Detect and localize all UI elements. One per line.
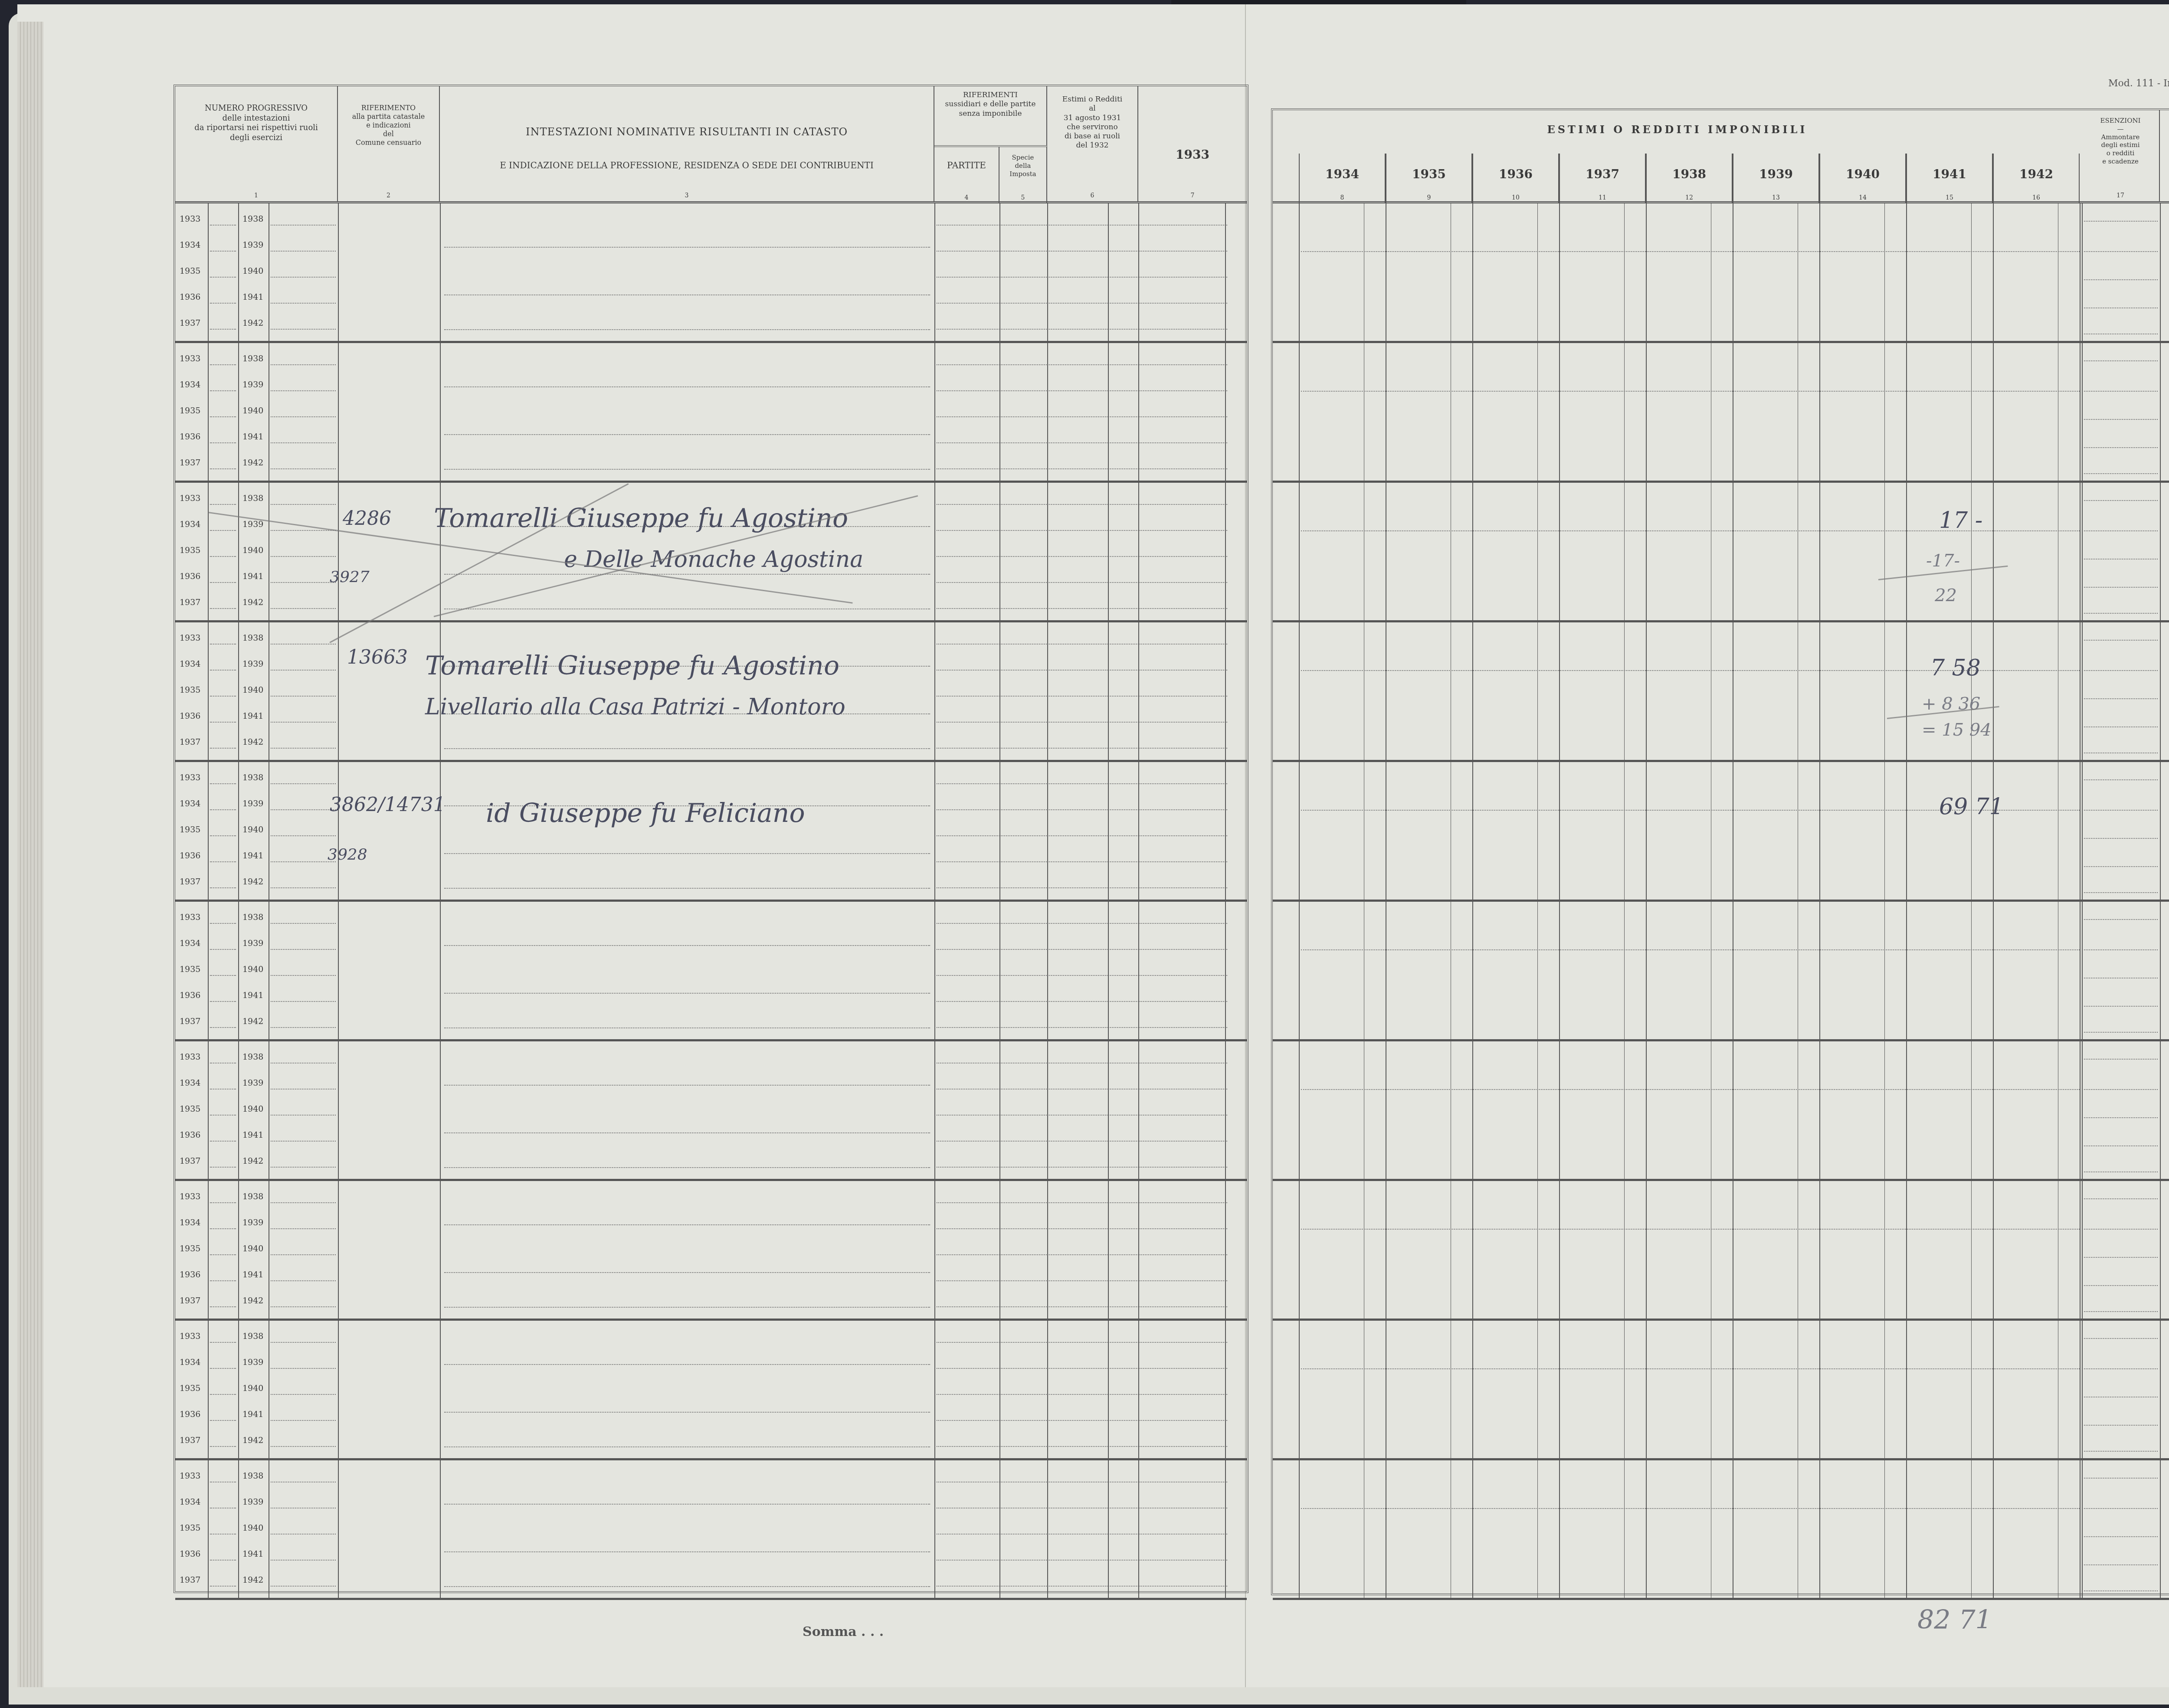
dotted-rule	[271, 644, 336, 645]
col2-line: del	[341, 130, 436, 138]
dotted-rule	[1301, 1508, 2080, 1509]
column-rule	[1906, 902, 1907, 1039]
column-rule	[1225, 203, 1226, 341]
dotted-rule	[2084, 308, 2158, 308]
column-rule	[1472, 902, 1473, 1039]
column-rule	[934, 902, 935, 1039]
column-rule	[1138, 203, 1139, 341]
name-line	[444, 748, 930, 749]
col-number: 7	[1138, 192, 1247, 200]
cents-rule	[1884, 1181, 1885, 1319]
right-ledger-table: ESTIMI O REDDITI IMPONIBILI 193481935919…	[1271, 108, 2169, 1595]
cents-rule	[2058, 762, 2058, 900]
cents-rule	[1624, 762, 1625, 900]
col6-line: che servirono	[1051, 123, 1134, 132]
cents-rule	[1537, 343, 1538, 481]
column-rule	[1225, 1041, 1226, 1179]
column-rule	[1108, 902, 1109, 1039]
dotted-rule	[210, 251, 236, 252]
dotted-rule	[210, 1394, 236, 1395]
dotted-rule	[937, 1280, 1227, 1281]
cents-rule	[1884, 902, 1885, 1039]
cents-rule	[1971, 1181, 1972, 1319]
year-label: 1933	[180, 773, 200, 782]
column-rule	[1299, 902, 1300, 1039]
dotted-rule	[937, 1446, 1227, 1447]
dotted-rule	[210, 530, 236, 531]
dotted-rule	[2084, 1285, 2158, 1286]
year-label: 1934	[180, 1218, 200, 1227]
dotted-rule	[210, 861, 236, 862]
dotted-rule	[2084, 1425, 2158, 1426]
cents-rule	[1364, 483, 1364, 620]
year-label: 1936	[180, 1130, 200, 1140]
cents-rule	[1451, 1181, 1451, 1319]
cents-rule	[1711, 902, 1711, 1039]
cents-rule	[1451, 762, 1451, 900]
column-rule	[1299, 1321, 1300, 1458]
dotted-rule	[210, 670, 236, 671]
dotted-rule	[937, 329, 1227, 330]
year-label: 1939	[242, 520, 263, 529]
cents-rule	[1798, 1041, 1798, 1179]
dotted-rule	[2084, 1006, 2158, 1007]
cents-rule	[1624, 1041, 1625, 1179]
column-rule	[269, 1321, 269, 1458]
year-label: 1935	[180, 406, 200, 416]
col-number: 12	[1647, 194, 1732, 202]
header-col-5: Specie della Imposta 5	[999, 147, 1047, 203]
name-line	[444, 945, 930, 946]
estimi-title: ESTIMI O REDDITI IMPONIBILI	[1276, 123, 2078, 136]
column-rule	[1225, 1460, 1226, 1598]
dotted-rule	[271, 1420, 336, 1421]
col1-title: NUMERO PROGRESSIVO	[179, 104, 334, 114]
year-label: 1941	[242, 432, 263, 442]
dotted-rule	[937, 1342, 1227, 1343]
dotted-rule	[937, 835, 1227, 836]
year-label: 1942	[242, 1436, 263, 1445]
dotted-rule	[937, 582, 1227, 583]
cents-rule	[1451, 203, 1451, 341]
col17-line: e scadenze	[2085, 157, 2156, 166]
cents-rule	[1798, 343, 1798, 481]
year-label: 1939	[242, 380, 263, 389]
col6-title: Estimi o Redditi	[1051, 95, 1134, 104]
dotted-rule	[2084, 1368, 2158, 1369]
year-label: 1934	[180, 520, 200, 529]
column-rule	[1386, 622, 1386, 760]
column-rule	[999, 1181, 1000, 1319]
year-label: 1933	[180, 633, 200, 643]
cents-rule	[1711, 483, 1711, 620]
dotted-rule	[2084, 892, 2158, 893]
dotted-rule	[210, 1342, 236, 1343]
dotted-rule	[1301, 1229, 2080, 1230]
dotted-rule	[271, 1167, 336, 1168]
cents-rule	[1971, 343, 1972, 481]
cents-rule	[1971, 203, 1972, 341]
cents-rule	[1884, 203, 1885, 341]
column-rule	[2082, 483, 2083, 620]
year-column-header: 19348	[1299, 154, 1386, 203]
dotted-rule	[2084, 251, 2158, 252]
dotted-rule	[210, 277, 236, 278]
column-rule	[1819, 343, 1820, 481]
column-rule	[1225, 343, 1226, 481]
column-rule	[1138, 1321, 1139, 1458]
column-rule	[1472, 203, 1473, 341]
column-rule	[440, 343, 441, 481]
cents-rule	[1537, 483, 1538, 620]
column-rule	[2082, 1181, 2083, 1319]
year-label: 1940	[242, 1384, 263, 1393]
column-rule	[934, 1321, 935, 1458]
right-row-block	[1273, 622, 2169, 762]
dotted-rule	[210, 1482, 236, 1482]
year-label: 1937	[180, 1017, 200, 1026]
year-column-header: 19359	[1386, 154, 1472, 203]
column-rule	[1138, 762, 1139, 900]
column-rule	[1472, 1041, 1473, 1179]
column-rule	[1047, 343, 1048, 481]
col-number: 13	[1733, 194, 1818, 202]
right-title-cell: ESTIMI O REDDITI IMPONIBILI	[1273, 110, 2082, 154]
column-rule	[934, 483, 935, 620]
left-row-block: 1933193819341939193519401936194119371942	[175, 762, 1247, 902]
dotted-rule	[1301, 1368, 2080, 1369]
column-rule	[238, 343, 239, 481]
pencil-calculation: -17-	[1926, 551, 1960, 571]
dotted-rule	[271, 251, 336, 252]
year-label: 1934	[180, 799, 200, 808]
column-rule	[1299, 1041, 1300, 1179]
column-rule	[440, 1041, 441, 1179]
column-rule	[1819, 622, 1820, 760]
cents-rule	[1884, 762, 1885, 900]
column-rule	[1559, 343, 1560, 481]
dotted-rule	[2084, 587, 2158, 588]
col-number: 2	[338, 192, 439, 200]
column-rule	[2080, 1181, 2081, 1319]
dotted-rule	[210, 1063, 236, 1063]
dotted-rule	[2084, 866, 2158, 867]
column-rule	[1646, 622, 1647, 760]
dotted-rule	[210, 783, 236, 784]
dotted-rule	[2084, 640, 2158, 641]
year-label: 1939	[242, 1218, 263, 1227]
amount-1941: 7 58	[1930, 655, 1981, 681]
column-rule	[238, 1181, 239, 1319]
dotted-rule	[210, 1001, 236, 1002]
year-label: 1942	[242, 1017, 263, 1026]
column-rule	[1733, 1460, 1733, 1598]
year-label: 1935	[180, 825, 200, 834]
name-line	[444, 294, 930, 295]
dotted-rule	[2084, 334, 2158, 334]
dotted-rule	[210, 1534, 236, 1535]
column-rule	[934, 203, 935, 341]
name-line	[444, 1364, 930, 1365]
column-rule	[1906, 343, 1907, 481]
column-rule	[1138, 1181, 1139, 1319]
column-rule	[934, 622, 935, 760]
column-rule	[1993, 1181, 1994, 1319]
col6-line: di base ai ruoli	[1051, 132, 1134, 141]
year-label: 1937	[180, 737, 200, 747]
column-rule	[1386, 343, 1386, 481]
column-rule	[1299, 1181, 1300, 1319]
cents-rule	[1884, 343, 1885, 481]
year-label: 1938	[242, 1471, 263, 1481]
column-rule	[208, 483, 209, 620]
year-label: 1941	[242, 711, 263, 721]
right-row-block	[1273, 1321, 2169, 1460]
dotted-rule	[271, 1280, 336, 1281]
dotted-rule	[2084, 419, 2158, 420]
dotted-rule	[271, 670, 336, 671]
column-rule	[1906, 622, 1907, 760]
column-rule	[238, 1460, 239, 1598]
column-rule	[1225, 762, 1226, 900]
dotted-rule	[271, 504, 336, 505]
column-rule	[2080, 483, 2081, 620]
cents-rule	[1451, 483, 1451, 620]
cents-rule	[1798, 483, 1798, 620]
dotted-rule	[2084, 559, 2158, 560]
year-label: 1940	[242, 266, 263, 276]
cents-rule	[1451, 622, 1451, 760]
col-number: 15	[1907, 194, 1992, 202]
cents-rule	[2058, 483, 2058, 620]
cents-rule	[1537, 1321, 1538, 1458]
year-column-header: 194115	[1906, 154, 1993, 203]
dotted-rule	[937, 748, 1227, 749]
column-rule	[440, 1181, 441, 1319]
column-rule	[1225, 1321, 1226, 1458]
dotted-rule	[937, 416, 1227, 417]
column-rule	[1108, 1041, 1109, 1179]
dotted-rule	[210, 329, 236, 330]
cents-rule	[1711, 1321, 1711, 1458]
year-label: 1937	[180, 877, 200, 887]
dotted-rule	[210, 696, 236, 697]
cents-rule	[1884, 1460, 1885, 1598]
col-number: 14	[1820, 194, 1905, 202]
column-rule	[1733, 343, 1733, 481]
dotted-rule	[210, 582, 236, 583]
dotted-rule	[937, 696, 1227, 697]
dotted-rule	[210, 303, 236, 304]
dotted-rule	[2084, 1198, 2158, 1199]
column-rule	[934, 343, 935, 481]
year-label: 1941	[242, 991, 263, 1000]
cents-rule	[1884, 1321, 1885, 1458]
column-rule	[440, 902, 441, 1039]
column-rule	[2082, 1321, 2083, 1458]
right-row-block	[1273, 1041, 2169, 1181]
dotted-rule	[937, 390, 1227, 391]
dotted-rule	[1301, 1089, 2080, 1090]
left-row-block: 1933193819341939193519401936194119371942	[175, 622, 1247, 762]
dotted-rule	[2084, 500, 2158, 501]
year-label: 1942	[242, 598, 263, 607]
year-column-header: 194014	[1819, 154, 1906, 203]
dotted-rule	[937, 1306, 1227, 1307]
col45-line: senza imponibile	[938, 109, 1043, 118]
dotted-rule	[2084, 391, 2158, 392]
year-label: 1934	[180, 240, 200, 250]
cents-rule	[1971, 1321, 1972, 1458]
cents-rule	[1971, 902, 1972, 1039]
cents-rule	[1364, 343, 1364, 481]
dotted-rule	[937, 1202, 1227, 1203]
dotted-rule	[210, 364, 236, 365]
cents-rule	[1884, 622, 1885, 760]
left-table-header: NUMERO PROGRESSIVO delle intestazioni da…	[175, 86, 1247, 203]
year-label: 1939	[242, 240, 263, 250]
dotted-rule	[271, 442, 336, 443]
year-label: 1934	[180, 1078, 200, 1088]
dotted-rule	[937, 1560, 1227, 1561]
dotted-rule	[2084, 1059, 2158, 1060]
partita-reference: 13663	[347, 646, 408, 668]
column-rule	[2160, 1181, 2161, 1319]
dotted-rule	[937, 1089, 1227, 1090]
column-rule	[1108, 762, 1109, 900]
column-rule	[338, 1321, 339, 1458]
column-rule	[999, 1460, 1000, 1598]
dotted-rule	[2084, 919, 2158, 920]
column-rule	[1993, 1321, 1994, 1458]
name-line	[444, 1504, 930, 1505]
column-rule	[1906, 1181, 1907, 1319]
year-label: 1933	[180, 1052, 200, 1062]
header-col-6: Estimi o Redditi al 31 agosto 1931 che s…	[1047, 86, 1138, 201]
name-line	[444, 469, 930, 470]
cents-rule	[1884, 1041, 1885, 1179]
column-rule	[238, 483, 239, 620]
column-rule	[1646, 343, 1647, 481]
name-line	[444, 609, 930, 609]
dotted-rule	[937, 644, 1227, 645]
column-rule	[1646, 203, 1647, 341]
column-rule	[338, 203, 339, 341]
column-rule	[1386, 203, 1386, 341]
column-rule	[1819, 1460, 1820, 1598]
name-line	[444, 1551, 930, 1552]
cents-rule	[1451, 343, 1451, 481]
dotted-rule	[2084, 779, 2158, 780]
column-rule	[269, 1181, 269, 1319]
column-rule	[238, 902, 239, 1039]
dotted-rule	[2084, 221, 2158, 222]
dotted-rule	[271, 975, 336, 976]
dotted-rule	[937, 364, 1227, 365]
column-rule	[1819, 1321, 1820, 1458]
left-row-block: 1933193819341939193519401936194119371942	[175, 343, 1247, 483]
dotted-rule	[2084, 670, 2158, 671]
dotted-rule	[210, 1141, 236, 1142]
column-rule	[440, 762, 441, 900]
dotted-rule	[210, 1228, 236, 1229]
column-rule	[2080, 762, 2081, 900]
column-rule	[1733, 1321, 1733, 1458]
dotted-rule	[271, 1306, 336, 1307]
cents-rule	[1971, 1460, 1972, 1598]
cents-rule	[1624, 1321, 1625, 1458]
column-rule	[1225, 622, 1226, 760]
dotted-rule	[2084, 613, 2158, 614]
column-rule	[1225, 1181, 1226, 1319]
cents-rule	[1364, 902, 1364, 1039]
dotted-rule	[210, 1420, 236, 1421]
col45-title: RIFERIMENTI	[938, 91, 1043, 100]
column-rule	[208, 1321, 209, 1458]
year-label: 1933	[180, 1192, 200, 1201]
year-label: 1934	[180, 939, 200, 948]
column-rule	[1819, 1041, 1820, 1179]
column-rule	[2160, 622, 2161, 760]
dotted-rule	[2084, 1564, 2158, 1565]
column-rule	[1733, 622, 1733, 760]
dotted-rule	[937, 861, 1227, 862]
partita-reference: 4286	[343, 507, 391, 530]
column-rule	[1559, 1321, 1560, 1458]
dotted-rule	[2084, 838, 2158, 839]
dotted-rule	[2084, 1257, 2158, 1258]
dotted-rule	[2084, 1508, 2158, 1509]
col-number: 10	[1473, 194, 1558, 202]
column-rule	[1559, 1041, 1560, 1179]
left-row-block: 1933193819341939193519401936194119371942	[175, 1460, 1247, 1600]
year-label: 1935	[180, 1244, 200, 1253]
dotted-rule	[937, 277, 1227, 278]
column-rule	[1733, 762, 1733, 900]
column-rule	[1819, 902, 1820, 1039]
col4-title: PARTITE	[938, 160, 995, 171]
dotted-rule	[2084, 1451, 2158, 1452]
dotted-rule	[210, 1280, 236, 1281]
right-table-header: ESTIMI O REDDITI IMPONIBILI 193481935919…	[1273, 110, 2169, 203]
year-label: 1934	[180, 1497, 200, 1507]
col3-subtitle: E INDICAZIONE DELLA PROFESSIONE, RESIDEN…	[443, 160, 930, 171]
column-rule	[1138, 1041, 1139, 1179]
col17-line: o redditi	[2085, 149, 2156, 157]
column-rule	[208, 762, 209, 900]
cents-rule	[1711, 1460, 1711, 1598]
year-label: 1938	[242, 494, 263, 503]
dotted-rule	[271, 1342, 336, 1343]
amount-1941: 17 -	[1939, 507, 1982, 533]
column-rule	[1906, 203, 1907, 341]
column-rule	[999, 1321, 1000, 1458]
cents-rule	[1624, 343, 1625, 481]
dotted-rule	[271, 364, 336, 365]
cents-rule	[1537, 1181, 1538, 1319]
cents-rule	[1711, 622, 1711, 760]
dotted-rule	[2084, 1032, 2158, 1033]
column-rule	[1646, 1321, 1647, 1458]
dotted-rule	[937, 530, 1227, 531]
dotted-rule	[2084, 810, 2158, 811]
dotted-rule	[271, 1482, 336, 1482]
dotted-rule	[2084, 530, 2158, 531]
dotted-rule	[937, 1508, 1227, 1508]
column-rule	[999, 622, 1000, 760]
column-rule	[2082, 622, 2083, 760]
dotted-rule	[210, 556, 236, 557]
